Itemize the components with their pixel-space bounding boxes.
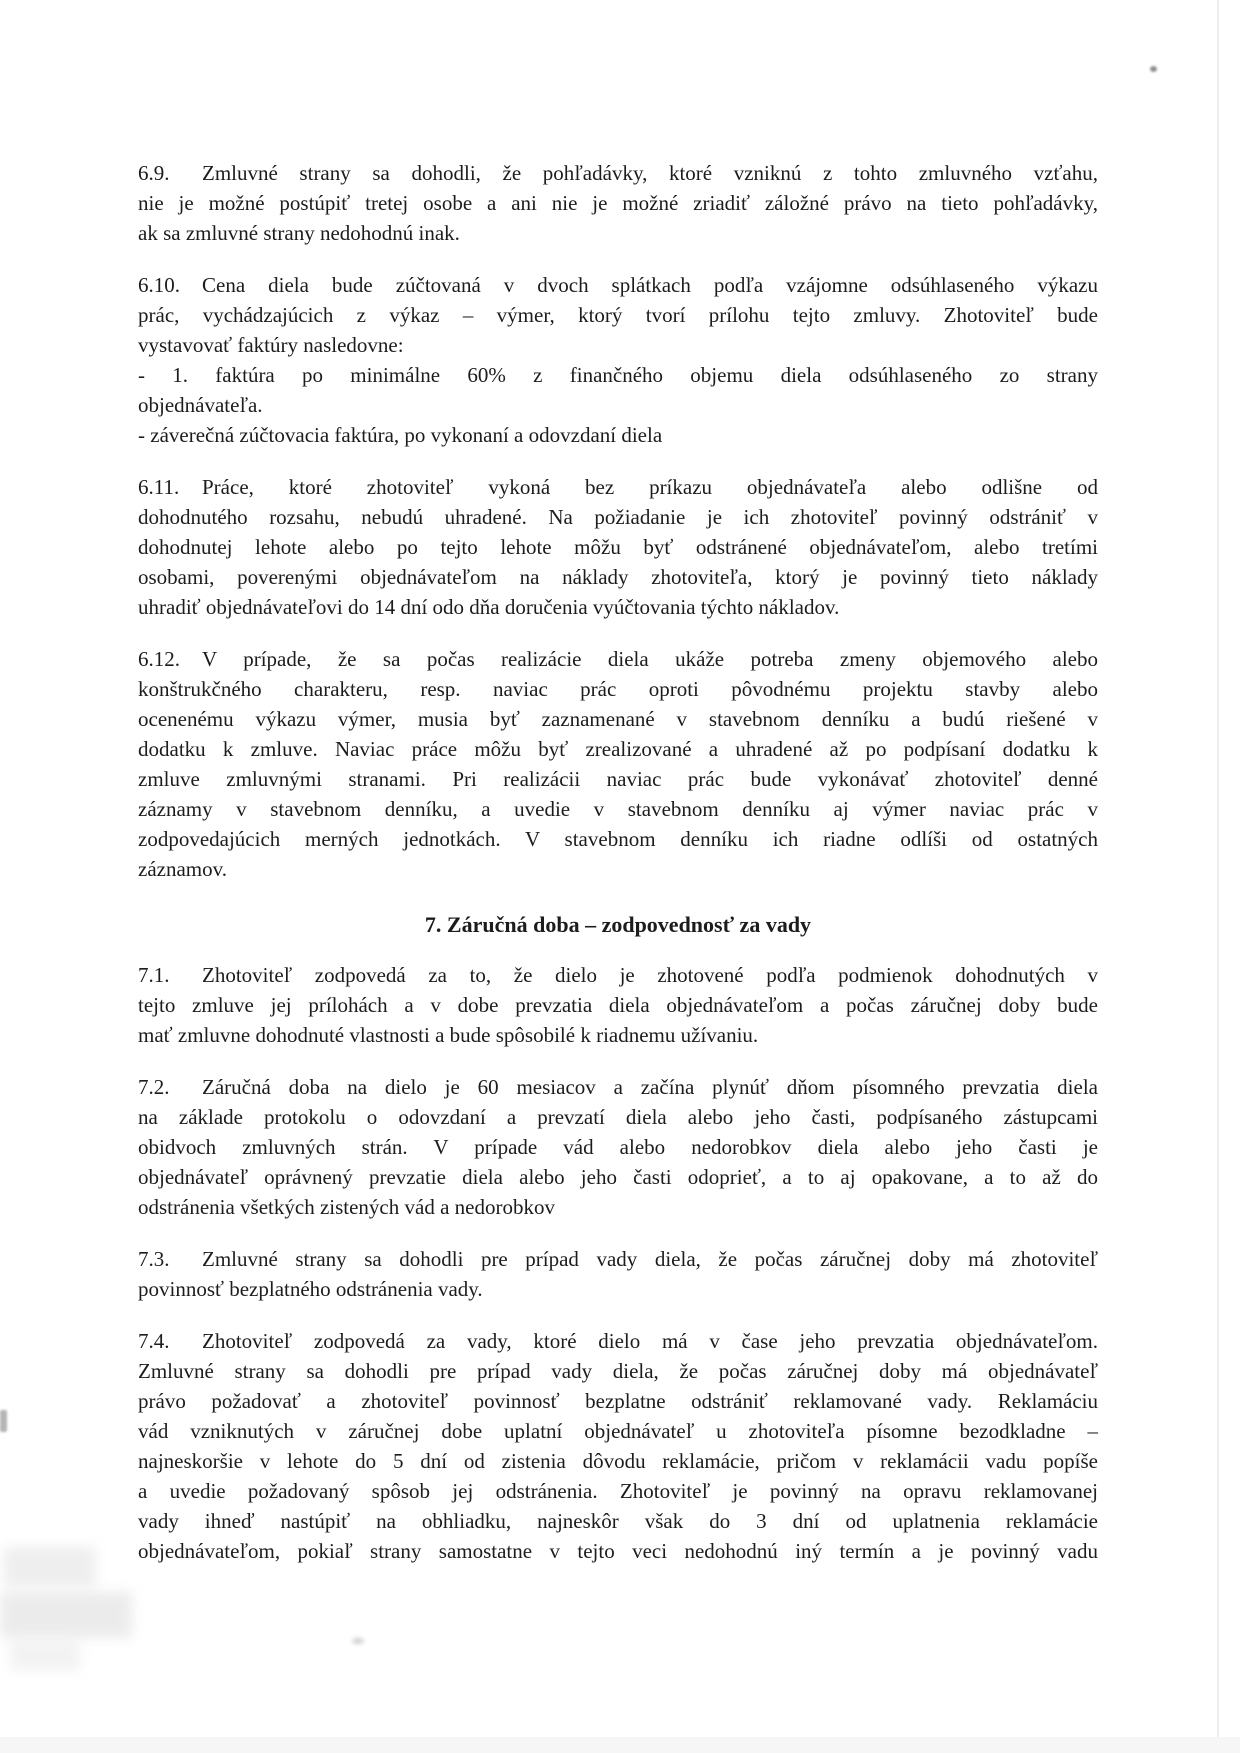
section-number: 6.9. — [138, 158, 202, 188]
text-line-content: Zmluvné strany sa dohodli, že pohľadávky… — [202, 161, 1098, 185]
section-number: 7.3. — [138, 1244, 202, 1274]
scan-edge-shadow — [0, 1737, 1240, 1753]
section-7-heading: 7. Záručná doba – zodpovednosť za vady — [138, 910, 1098, 940]
text-line: zmluve zmluvnými stranami. Pri realizáci… — [138, 764, 1098, 794]
scan-smudge — [4, 1547, 96, 1587]
text-line: objednávateľ oprávnený prevzatie diela a… — [138, 1162, 1098, 1192]
scan-artifact — [0, 1410, 7, 1432]
text-line: konštrukčného charakteru, resp. naviac p… — [138, 674, 1098, 704]
text-line: 7.4.Zhotoviteľ zodpovedá za vady, ktoré … — [138, 1326, 1098, 1356]
text-line: právo požadovať a zhotoviteľ povinnosť b… — [138, 1386, 1098, 1416]
section-7-2: 7.2.Záručná doba na dielo je 60 mesiacov… — [138, 1072, 1098, 1222]
invoice-item-line: - záverečná zúčtovacia faktúra, po vykon… — [138, 420, 1098, 450]
text-line: záznamy v stavebnom denníku, a uvedie v … — [138, 794, 1098, 824]
invoice-item-line: - 1. faktúra po minimálne 60% z finančné… — [138, 360, 1098, 390]
scan-smudge — [0, 1592, 132, 1638]
section-6-12: 6.12.V prípade, že sa počas realizácie d… — [138, 644, 1098, 884]
section-6-10: 6.10.Cena diela bude zúčtovaná v dvoch s… — [138, 270, 1098, 450]
text-line: povinnosť bezplatného odstránenia vady. — [138, 1274, 1098, 1304]
text-line-content: Zhotoviteľ zodpovedá za to, že dielo je … — [202, 963, 1098, 987]
section-number: 7.4. — [138, 1326, 202, 1356]
scan-speck — [1150, 66, 1157, 72]
text-line-content: Záručná doba na dielo je 60 mesiacov a z… — [202, 1075, 1098, 1099]
text-line: 6.9.Zmluvné strany sa dohodli, že pohľad… — [138, 158, 1098, 188]
text-line: dohodnutej lehote alebo po tejto lehote … — [138, 532, 1098, 562]
text-line: 7.2.Záručná doba na dielo je 60 mesiacov… — [138, 1072, 1098, 1102]
text-line: 6.12.V prípade, že sa počas realizácie d… — [138, 644, 1098, 674]
text-line: najneskoršie v lehote do 5 dní od zisten… — [138, 1446, 1098, 1476]
text-line-content: Zmluvné strany sa dohodli pre prípad vad… — [202, 1247, 1098, 1271]
contract-text-column: 6.9.Zmluvné strany sa dohodli, že pohľad… — [138, 158, 1098, 1588]
text-line: 6.10.Cena diela bude zúčtovaná v dvoch s… — [138, 270, 1098, 300]
text-line: objednávateľom, pokiaľ strany samostatne… — [138, 1536, 1098, 1566]
text-line: obidvoch zmluvných strán. V prípade vád … — [138, 1132, 1098, 1162]
text-line: na základe protokolu o odovzdaní a prevz… — [138, 1102, 1098, 1132]
text-line: 7.3.Zmluvné strany sa dohodli pre prípad… — [138, 1244, 1098, 1274]
section-number: 6.11. — [138, 472, 202, 502]
text-line: 7.1.Zhotoviteľ zodpovedá za to, že dielo… — [138, 960, 1098, 990]
section-number: 7.2. — [138, 1072, 202, 1102]
text-line: vady ihneď nastúpiť na obhliadku, najnes… — [138, 1506, 1098, 1536]
text-line-content: Práce, ktoré zhotoviteľ vykoná bez príka… — [202, 475, 1098, 499]
text-line: dodatku k zmluve. Naviac práce môžu byť … — [138, 734, 1098, 764]
text-line: osobami, poverenými objednávateľom na ná… — [138, 562, 1098, 592]
text-line: dohodnutého rozsahu, nebudú uhradené. Na… — [138, 502, 1098, 532]
text-line: ocenenému výkazu výmer, musia byť zaznam… — [138, 704, 1098, 734]
text-line-content: Zhotoviteľ zodpovedá za vady, ktoré diel… — [202, 1329, 1098, 1353]
section-7-4: 7.4.Zhotoviteľ zodpovedá za vady, ktoré … — [138, 1326, 1098, 1566]
text-line: tejto zmluve jej prílohách a v dobe prev… — [138, 990, 1098, 1020]
section-7-1: 7.1.Zhotoviteľ zodpovedá za to, že dielo… — [138, 960, 1098, 1050]
scan-speck — [352, 1638, 364, 1644]
text-line: uhradiť objednávateľovi do 14 dní odo dň… — [138, 592, 1098, 622]
text-line-content: V prípade, že sa počas realizácie diela … — [202, 647, 1098, 671]
text-line: odstránenia všetkých zistených vád a ned… — [138, 1192, 1098, 1222]
section-number: 7.1. — [138, 960, 202, 990]
text-line: mať zmluvne dohodnuté vlastnosti a bude … — [138, 1020, 1098, 1050]
text-line: vystavovať faktúry nasledovne: — [138, 330, 1098, 360]
text-line: a uvedie požadovaný spôsob jej odstránen… — [138, 1476, 1098, 1506]
text-line: 6.11.Práce, ktoré zhotoviteľ vykoná bez … — [138, 472, 1098, 502]
section-number: 6.10. — [138, 270, 202, 300]
scan-edge-shadow — [1217, 0, 1219, 1753]
scan-smudge — [10, 1640, 80, 1670]
text-line: vád vzniknutých v záručnej dobe uplatní … — [138, 1416, 1098, 1446]
text-line: prác, vychádzajúcich z výkaz – výmer, kt… — [138, 300, 1098, 330]
text-line: ak sa zmluvné strany nedohodnú inak. — [138, 218, 1098, 248]
document-page: 6.9.Zmluvné strany sa dohodli, že pohľad… — [0, 0, 1240, 1753]
text-line: Zmluvné strany sa dohodli pre prípad vad… — [138, 1356, 1098, 1386]
text-line: záznamov. — [138, 854, 1098, 884]
section-number: 6.12. — [138, 644, 202, 674]
text-line: objednávateľa. — [138, 390, 1098, 420]
text-line-content: Cena diela bude zúčtovaná v dvoch splátk… — [202, 273, 1098, 297]
section-6-9: 6.9.Zmluvné strany sa dohodli, že pohľad… — [138, 158, 1098, 248]
section-6-11: 6.11.Práce, ktoré zhotoviteľ vykoná bez … — [138, 472, 1098, 622]
text-line: zodpovedajúcich merných jednotkách. V st… — [138, 824, 1098, 854]
text-line: nie je možné postúpiť tretej osobe a ani… — [138, 188, 1098, 218]
section-7-3: 7.3.Zmluvné strany sa dohodli pre prípad… — [138, 1244, 1098, 1304]
